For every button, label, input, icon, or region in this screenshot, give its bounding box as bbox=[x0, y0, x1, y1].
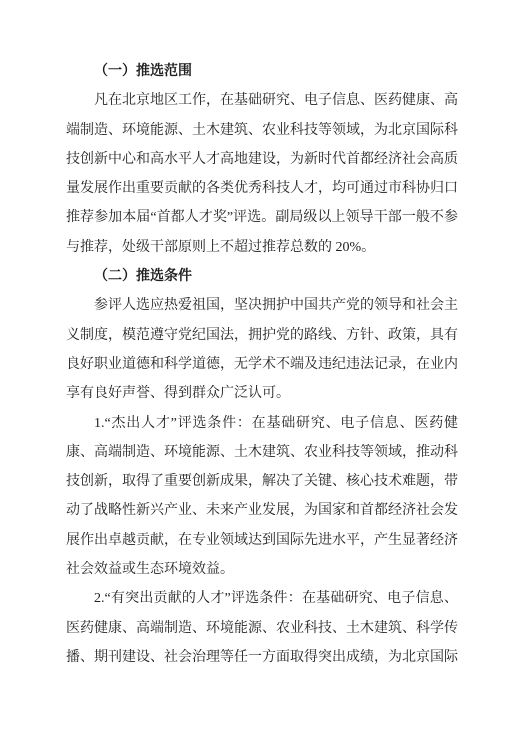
document-page: （一）推选范围 凡在北京地区工作，在基础研究、电子信息、医药健康、高端制造、环境… bbox=[0, 0, 517, 733]
body-paragraph-notable-contribution-criteria: 2.“有突出贡献的人才”评选条件：在基础研究、电子信息、医药健康、高端制造、环境… bbox=[66, 584, 458, 672]
section-heading-selection-criteria: （二）推选条件 bbox=[66, 262, 458, 291]
body-paragraph-outstanding-talent-criteria: 1.“杰出人才”评选条件：在基础研究、电子信息、医药健康、高端制造、环境能源、土… bbox=[66, 409, 458, 585]
body-paragraph-general-criteria: 参评人选应热爱祖国，坚决拥护中国共产党的领导和社会主义制度，模范遵守党纪国法，拥… bbox=[66, 291, 458, 408]
body-paragraph-scope: 凡在北京地区工作，在基础研究、电子信息、医药健康、高端制造、环境能源、土木建筑、… bbox=[66, 86, 458, 262]
section-heading-selection-scope: （一）推选范围 bbox=[66, 57, 458, 86]
